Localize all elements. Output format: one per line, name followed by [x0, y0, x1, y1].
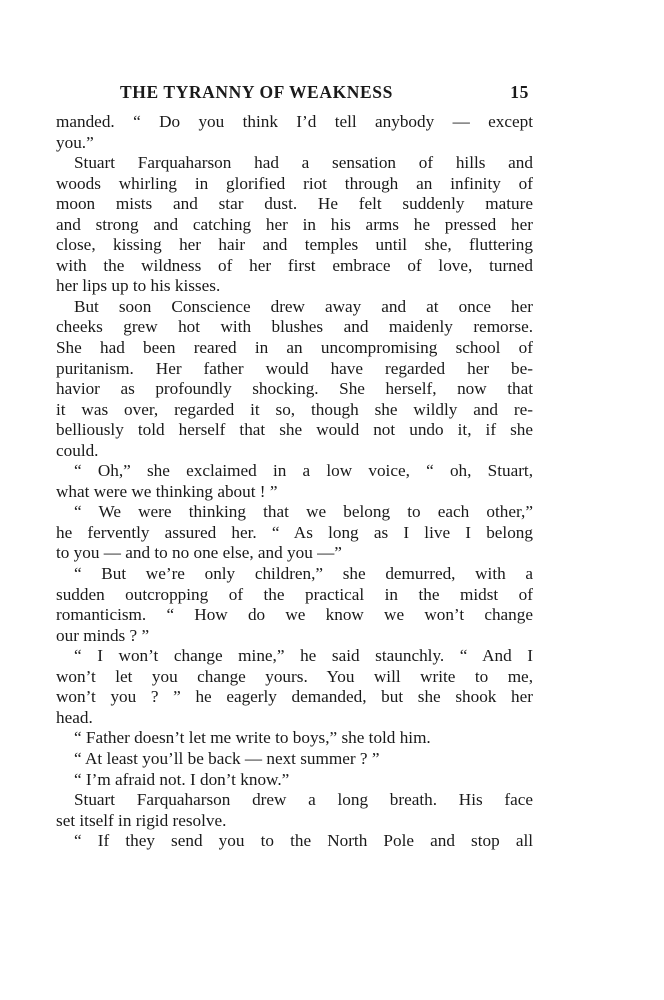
- text-line: her lips up to his kisses.: [56, 276, 533, 297]
- text-line: won’t let you change yours. You will wri…: [56, 667, 533, 688]
- page-number: 15: [510, 82, 529, 103]
- text-line: But soon Conscience drew away and at onc…: [56, 297, 533, 318]
- text-line: “ At least you’ll be back — next summer …: [56, 749, 533, 770]
- text-line: “ Father doesn’t let me write to boys,” …: [56, 728, 533, 749]
- text-line: cheeks grew hot with blushes and maidenl…: [56, 317, 533, 338]
- text-line: sudden outcropping of the practical in t…: [56, 585, 533, 606]
- text-line: “ Oh,” she exclaimed in a low voice, “ o…: [56, 461, 533, 482]
- text-line: you.”: [56, 133, 533, 154]
- text-line: with the wildness of her first embrace o…: [56, 256, 533, 277]
- text-line: havior as profoundly shocking. She herse…: [56, 379, 533, 400]
- text-line: won’t you ? ” he eagerly demanded, but s…: [56, 687, 533, 708]
- text-line: “ We were thinking that we belong to eac…: [56, 502, 533, 523]
- text-line: set itself in rigid resolve.: [56, 811, 533, 832]
- text-line: “ But we’re only children,” she demurred…: [56, 564, 533, 585]
- text-line: Stuart Farquaharson drew a long breath. …: [56, 790, 533, 811]
- text-line: what were we thinking about ! ”: [56, 482, 533, 503]
- text-line: to you — and to no one else, and you —”: [56, 543, 533, 564]
- text-line: Stuart Farquaharson had a sensation of h…: [56, 153, 533, 174]
- text-line: “ I won’t change mine,” he said staunchl…: [56, 646, 533, 667]
- book-page: THE TYRANNY OF WEAKNESS 15 manded. “ Do …: [56, 82, 533, 852]
- text-line: our minds ? ”: [56, 626, 533, 647]
- text-line: and strong and catching her in his arms …: [56, 215, 533, 236]
- text-line: “ I’m afraid not. I don’t know.”: [56, 770, 533, 791]
- text-line: could.: [56, 441, 533, 462]
- text-line: She had been reared in an uncompromising…: [56, 338, 533, 359]
- running-title: THE TYRANNY OF WEAKNESS: [120, 82, 393, 103]
- text-line: “ If they send you to the North Pole and…: [56, 831, 533, 852]
- text-line: close, kissing her hair and temples unti…: [56, 235, 533, 256]
- running-header: THE TYRANNY OF WEAKNESS 15: [56, 82, 533, 112]
- text-line: moon mists and star dust. He felt sudden…: [56, 194, 533, 215]
- text-line: woods whirling in glorified riot through…: [56, 174, 533, 195]
- text-line: belliously told herself that she would n…: [56, 420, 533, 441]
- text-line: it was over, regarded it so, though she …: [56, 400, 533, 421]
- text-line: puritanism. Her father would have regard…: [56, 359, 533, 380]
- text-line: he fervently assured her. “ As long as I…: [56, 523, 533, 544]
- text-line: head.: [56, 708, 533, 729]
- text-line: manded. “ Do you think I’d tell anybody …: [56, 112, 533, 133]
- body-text: manded. “ Do you think I’d tell anybody …: [56, 112, 533, 852]
- text-line: romanticism. “ How do we know we won’t c…: [56, 605, 533, 626]
